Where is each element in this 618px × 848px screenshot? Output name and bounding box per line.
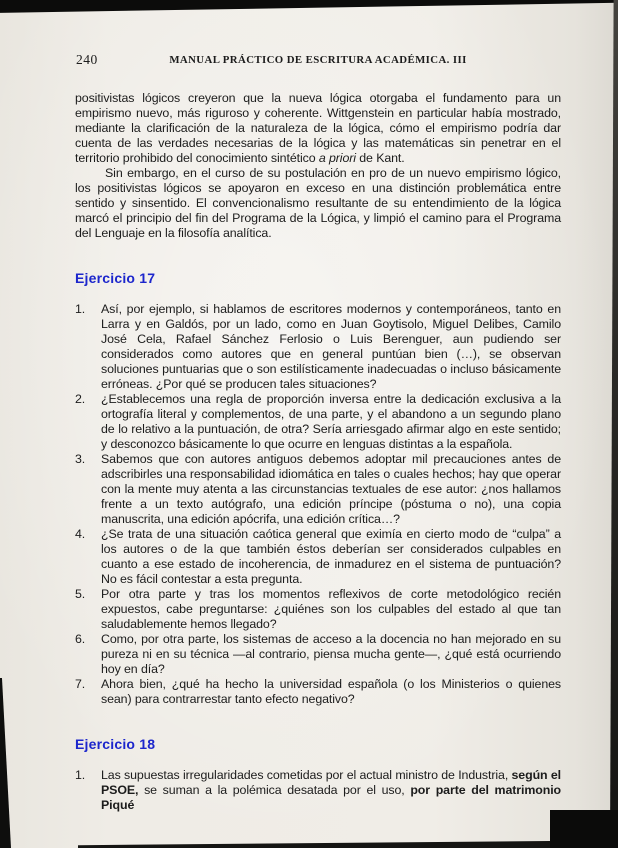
item-text: Ahora bien, ¿qué ha hecho la universidad… <box>101 677 561 707</box>
scanned-page: 240 MANUAL PRÁCTICO DE ESCRITURA ACADÉMI… <box>0 0 618 848</box>
list-item: 4.¿Se trata de una situación caótica gen… <box>75 527 561 587</box>
list-item: 7.Ahora bien, ¿qué ha hecho la universid… <box>75 677 561 707</box>
running-title: MANUAL PRÁCTICO DE ESCRITURA ACADÉMICA. … <box>169 54 466 66</box>
list-item: 1.Así, por ejemplo, si hablamos de escri… <box>75 302 561 392</box>
exercise-sections: Ejercicio 171.Así, por ejemplo, si habla… <box>75 270 561 813</box>
intro-paragraphs: positivistas lógicos creyeron que la nue… <box>75 91 561 241</box>
item-number: 2. <box>75 392 101 407</box>
list-item: 6.Como, por otra parte, los sistemas de … <box>75 632 561 677</box>
item-text: Sabemos que con autores antiguos debemos… <box>101 452 561 527</box>
item-number: 6. <box>75 632 101 647</box>
text-segment: Las supuestas irregularidades cometidas … <box>101 768 512 782</box>
item-text: ¿Establecemos una regla de proporción in… <box>101 392 561 452</box>
page-content: 240 MANUAL PRÁCTICO DE ESCRITURA ACADÉMI… <box>75 52 561 813</box>
text-segment: ¿Se trata de una situación caótica gener… <box>101 527 561 586</box>
item-number: 5. <box>75 587 101 602</box>
exercise-list: 1.Así, por ejemplo, si hablamos de escri… <box>75 302 561 707</box>
scan-edge-bottom <box>78 840 618 848</box>
list-item: 3.Sabemos que con autores antiguos debem… <box>75 452 561 527</box>
item-number: 3. <box>75 452 101 467</box>
scan-edge-top <box>0 0 618 14</box>
list-item: 1.Las supuestas irregularidades cometida… <box>75 768 561 813</box>
scan-corner-bottom-right <box>550 810 618 848</box>
item-text: Como, por otra parte, los sistemas de ac… <box>101 632 561 677</box>
text-segment: Sin embargo, en el curso de su postulaci… <box>75 166 561 240</box>
item-number: 4. <box>75 527 101 542</box>
scan-edge-left <box>0 678 11 848</box>
scan-edge-right <box>610 0 618 848</box>
exercise-heading: Ejercicio 17 <box>75 270 561 286</box>
text-segment: Así, por ejemplo, si hablamos de escrito… <box>101 302 561 391</box>
item-text: Así, por ejemplo, si hablamos de escrito… <box>101 302 561 392</box>
page-number: 240 <box>76 52 98 68</box>
page-header: 240 MANUAL PRÁCTICO DE ESCRITURA ACADÉMI… <box>75 52 561 68</box>
text-segment: a priori <box>319 151 356 165</box>
text-segment: Como, por otra parte, los sistemas de ac… <box>101 632 561 676</box>
text-segment: se suman a la polémica desatada por el u… <box>138 783 410 797</box>
body-paragraph: positivistas lógicos creyeron que la nue… <box>75 91 561 166</box>
body-paragraph: Sin embargo, en el curso de su postulaci… <box>75 166 561 241</box>
text-segment: Ahora bien, ¿qué ha hecho la universidad… <box>101 677 561 706</box>
item-number: 7. <box>75 677 101 692</box>
item-number: 1. <box>75 302 101 317</box>
item-text: Por otra parte y tras los momentos refle… <box>101 587 561 632</box>
text-segment: Por otra parte y tras los momentos refle… <box>101 587 561 631</box>
text-segment: Sabemos que con autores antiguos debemos… <box>101 452 561 526</box>
text-segment: ¿Establecemos una regla de proporción in… <box>101 392 561 451</box>
exercise-heading: Ejercicio 18 <box>75 736 561 752</box>
item-text: Las supuestas irregularidades cometidas … <box>101 768 561 813</box>
item-text: ¿Se trata de una situación caótica gener… <box>101 527 561 587</box>
exercise-list: 1.Las supuestas irregularidades cometida… <box>75 768 561 813</box>
list-item: 5.Por otra parte y tras los momentos ref… <box>75 587 561 632</box>
list-item: 2.¿Establecemos una regla de proporción … <box>75 392 561 452</box>
text-segment: de Kant. <box>356 151 405 165</box>
item-number: 1. <box>75 768 101 783</box>
